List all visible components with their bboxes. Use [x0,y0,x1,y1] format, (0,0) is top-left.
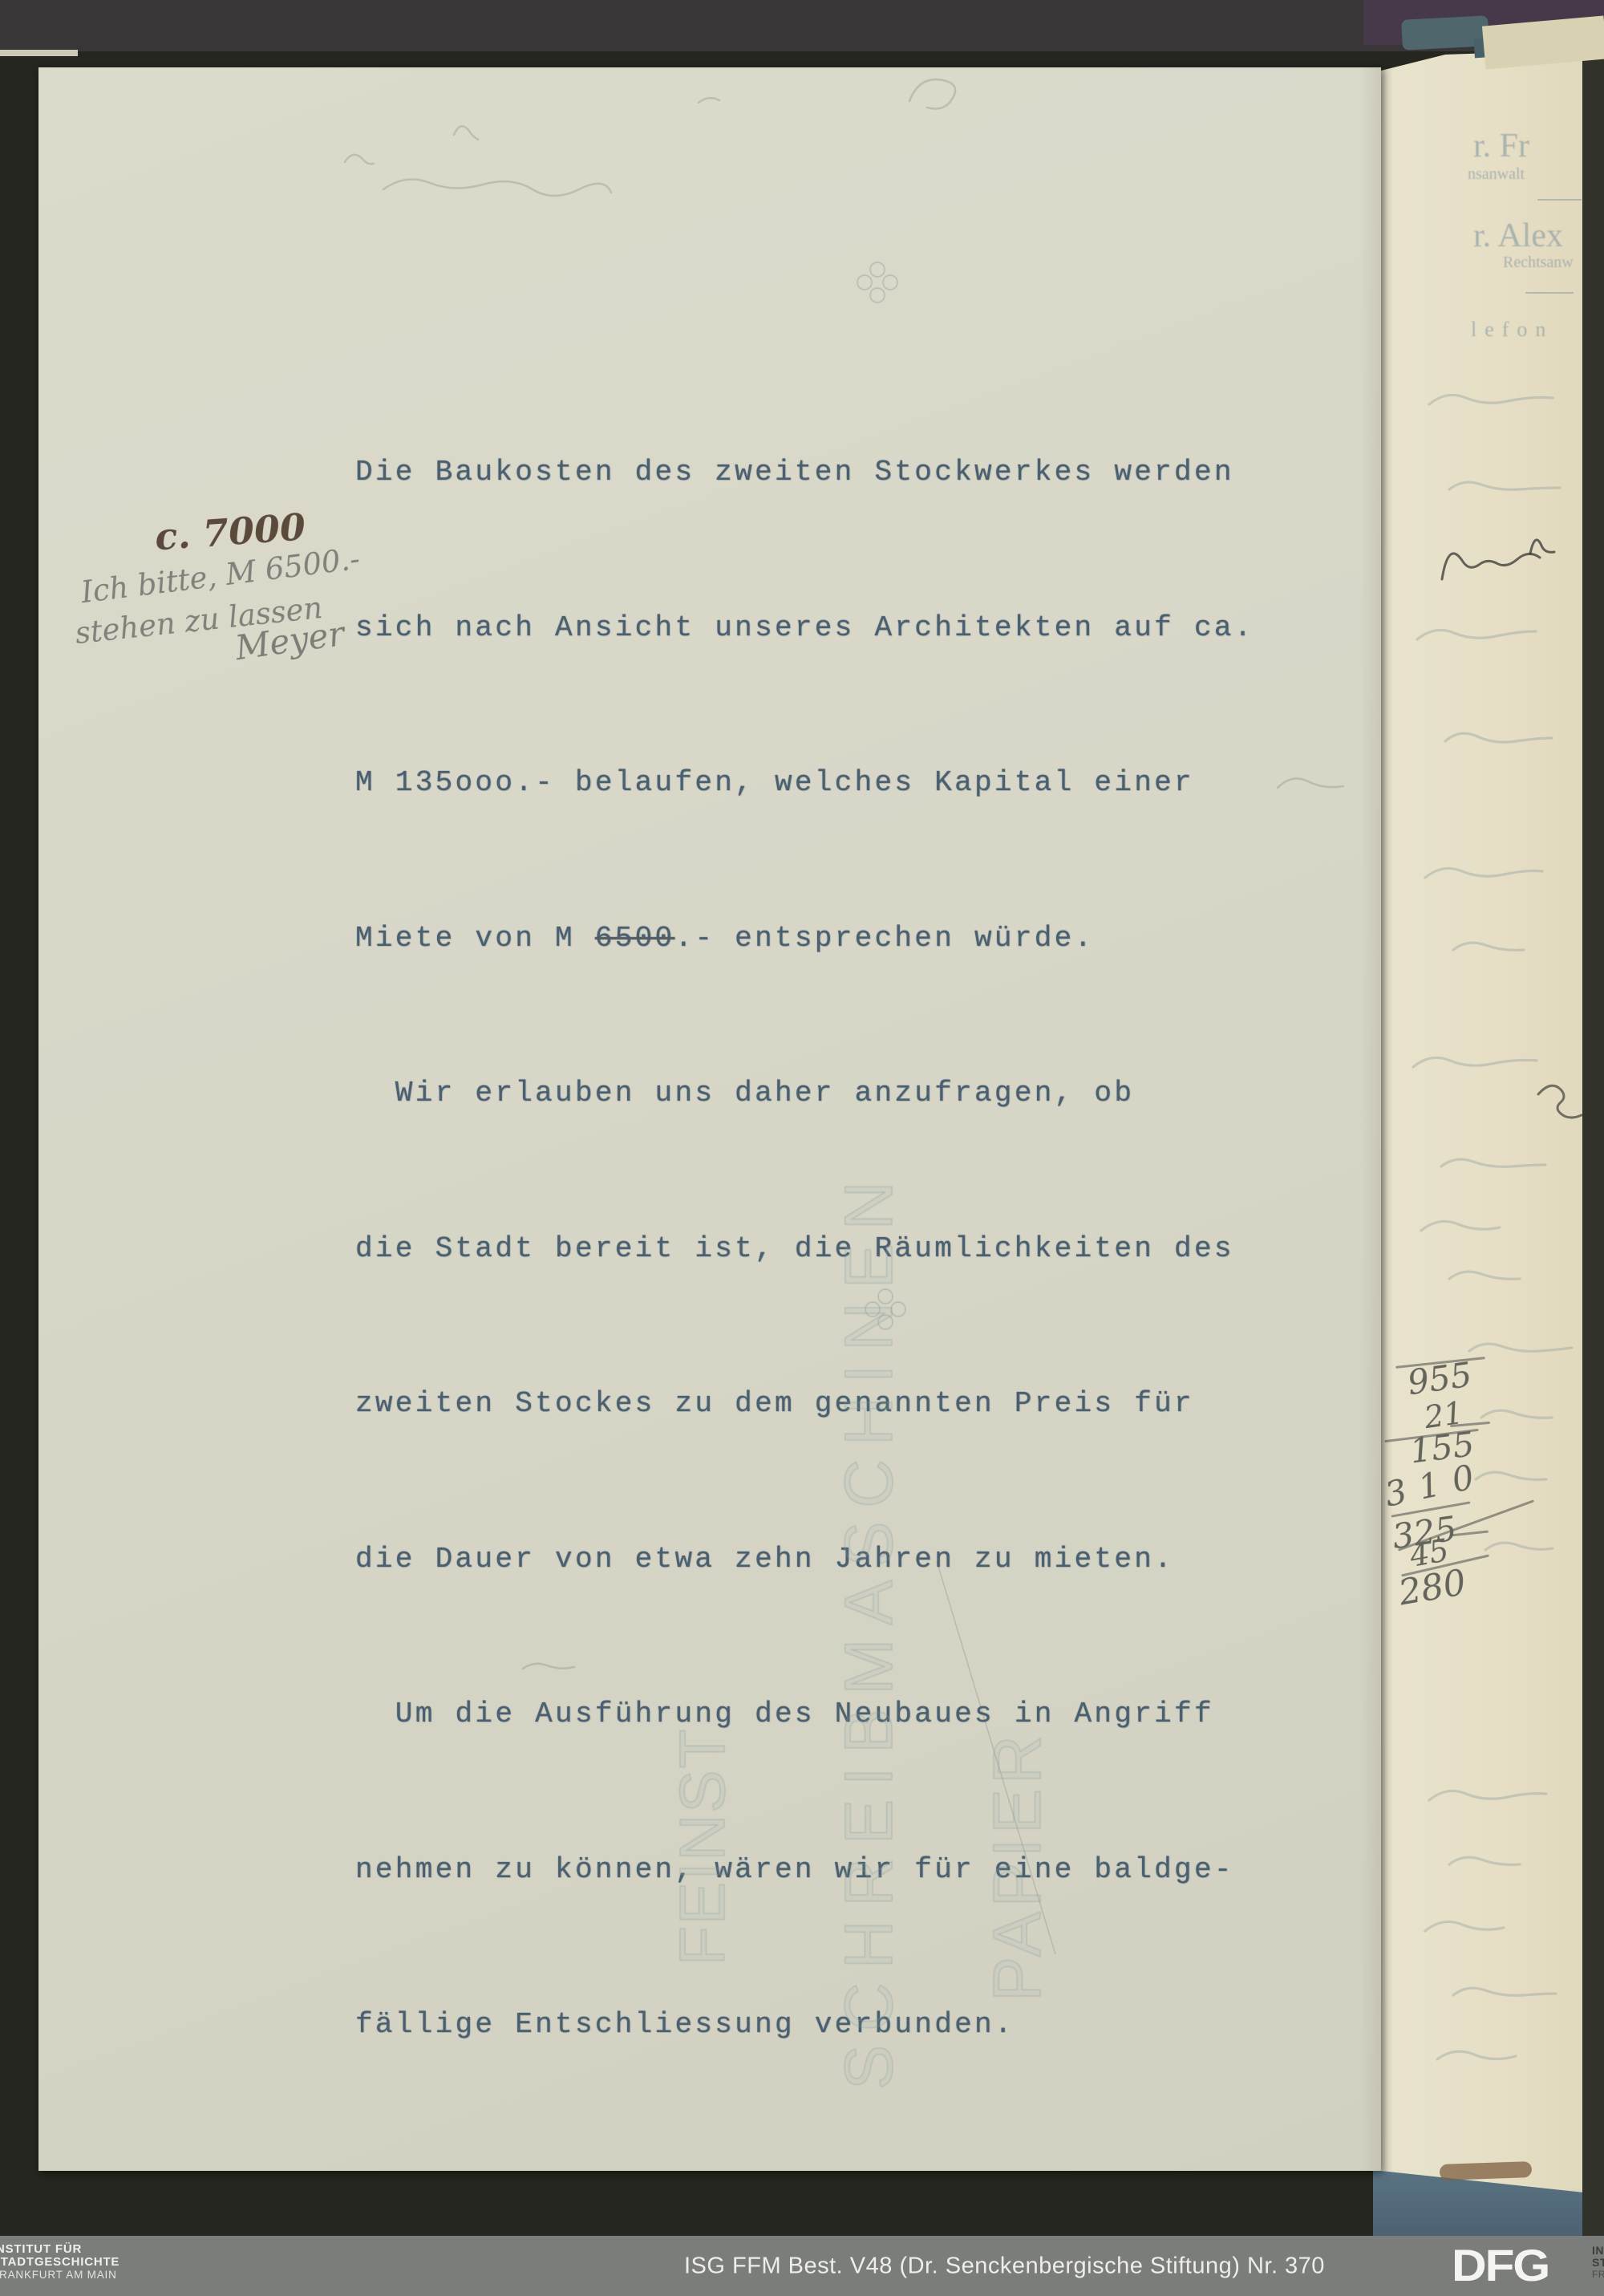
institute-line-1: INSTITUT FÜR [0,2243,119,2256]
underlying-page-strip: r. Fr nsanwalt r. Alex Rechtsanw lefon [1381,50,1584,2193]
watermark-papier: PAPIER [978,1560,1056,2002]
scanned-archive-page: r. Fr nsanwalt r. Alex Rechtsanw lefon [0,0,1604,2296]
torn-edge-smudge [1440,2161,1533,2180]
line4-struck-amount: 6500 [595,922,675,955]
right-institute-line-2: ST [1592,2257,1604,2269]
right-dark-edge [1582,0,1604,2296]
institute-line-2: STADTGESCHICHTE [0,2256,119,2269]
right-institute-line-1: IN [1592,2245,1604,2257]
typed-line-2: sich nach Ansicht unseres Architekten au… [355,602,1254,655]
typed-line-4: Miete von M 6500.- entsprechen würde. [355,913,1254,965]
typed-line-10: nehmen zu können, wären wir für eine bal… [355,1844,1254,1896]
pencil-scrawl-a [1538,1085,1582,1118]
typed-line-5: Wir erlauben uns daher anzufragen, ob [355,1068,1254,1120]
archive-reference: ISG FFM Best. V48 (Dr. Senckenbergische … [684,2253,1325,2279]
typed-line-9: Um die Ausführung des Neubaues in Angrif… [355,1689,1254,1741]
typed-letter-body: Die Baukosten des zweiten Stockwerkes we… [355,343,1254,2155]
institute-line-3: FRANKFURT AM MAIN [0,2269,119,2282]
archive-footer-bar: INSTITUT FÜR STADTGESCHICHTE FRANKFURT A… [0,2236,1604,2296]
right-institute-line-3: FR [1592,2269,1604,2281]
watermark-schreibmaschinen: SCHREIBMASCHINEN [830,782,908,2090]
institute-logo: INSTITUT FÜR STADTGESCHICHTE FRANKFURT A… [0,2243,119,2282]
institute-logo-right-fragment: IN ST FR [1592,2245,1604,2281]
bleedthrough-handwriting [1381,50,1584,2193]
line4-prefix: Miete von M [355,922,595,955]
typed-line-8: die Dauer von etwa zehn Jahren zu mieten… [355,1534,1254,1586]
typed-line-1: Die Baukosten des zweiten Stockwerkes we… [355,447,1254,499]
page-edge-highlight [0,50,78,56]
dfg-logo: DFG [1452,2239,1549,2291]
typed-line-7: zweiten Stockes zu dem genannten Preis f… [355,1378,1254,1430]
typed-line-3: M 135ooo.- belaufen, welches Kapital ein… [355,757,1254,809]
typed-line-11: fällige Entschliessung verbunden. [355,1999,1254,2051]
watermark-feinst: FEINST [666,1564,739,1965]
typed-line-6: die Stadt bereit ist, die Räumlichkeiten… [355,1223,1254,1276]
letter-page: Die Baukosten des zweiten Stockwerkes we… [38,67,1381,2171]
